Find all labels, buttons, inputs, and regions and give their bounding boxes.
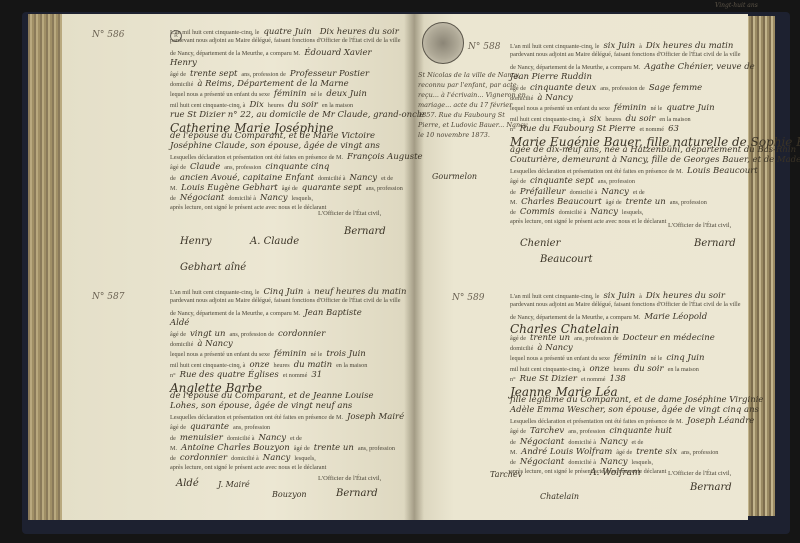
- printed-text: heures: [274, 362, 290, 369]
- printed-text: n°: [510, 376, 516, 383]
- handwritten-entry: neuf heures du matin: [314, 287, 406, 297]
- act-line: Aldé: [170, 319, 193, 328]
- officer-label: L'Officier de l'État civil,: [318, 210, 381, 217]
- act-line: de Nancy, département de la Meurthe, a c…: [510, 313, 711, 322]
- act-line: domiciliéà Nancy: [170, 340, 237, 349]
- printed-text: pardevant nous adjoint au Maire délégué,…: [170, 37, 400, 44]
- printed-text: de Nancy, département de la Meurthe, a c…: [170, 310, 300, 317]
- printed-text: L'an mil huit cent cinquante-cinq, le: [170, 29, 259, 36]
- printed-text: et de: [632, 439, 644, 446]
- handwritten-entry: deux Juin: [326, 89, 367, 99]
- handwritten-entry: à Nancy: [537, 93, 572, 103]
- handwritten-entry: Négociant: [180, 193, 224, 203]
- printed-text: lequel nous a présenté un enfant du sexe: [170, 91, 270, 98]
- handwritten-entry: Antoine Charles Bouzyon: [181, 443, 290, 453]
- act-number: N° 589: [452, 293, 484, 303]
- handwritten-entry: féminin: [274, 349, 307, 359]
- handwritten-entry: cinquante sept: [530, 176, 594, 186]
- handwritten-entry: Cinq Juin: [263, 287, 303, 297]
- act-line: deNégociantdomicilié àNancylesquels,: [510, 458, 657, 467]
- signature: Henry: [180, 236, 212, 247]
- act-line: domiciliéà Nancy: [510, 344, 577, 353]
- handwritten-entry: féminin: [614, 353, 647, 363]
- printed-text: heures: [614, 366, 630, 373]
- act-line: deancien Avoué, capitaine Enfantdomicili…: [170, 174, 397, 183]
- printed-text: mil huit cent cinquante-cinq, à: [170, 102, 245, 109]
- printed-text: à: [639, 293, 642, 300]
- handwritten-entry: quatre Juin: [263, 27, 311, 37]
- printed-text: lesquels,: [292, 195, 313, 202]
- handwritten-entry: Négociant: [520, 457, 564, 467]
- printed-text: Lesquelles déclaration et présentation o…: [510, 168, 683, 175]
- act-line: après lecture, ont signé le présent acte…: [170, 465, 330, 471]
- printed-text: ans, profession: [568, 428, 605, 435]
- printed-text: en la maison: [668, 366, 699, 373]
- handwritten-entry: cordonnier: [180, 453, 227, 463]
- act-line: mil huit cent cinquante-cinq, àonzeheure…: [170, 361, 371, 370]
- printed-text: de: [170, 175, 176, 182]
- handwritten-entry: menuisier: [180, 433, 223, 443]
- printed-text: après lecture, ont signé le présent acte…: [170, 204, 326, 211]
- act-line: deNégociantdomicilié àNancyet de: [510, 438, 647, 447]
- act-line: domiciliéà Reims, Département de la Marn…: [170, 80, 353, 89]
- printed-text: Lesquelles déclaration et présentation o…: [170, 414, 343, 421]
- printed-text: de: [510, 439, 516, 446]
- signature: Bernard: [344, 226, 386, 237]
- printed-text: L'an mil huit cent cinquante-cinq, le: [510, 293, 599, 300]
- handwritten-entry: de l'épouse du Comparant, et de Jeanne L…: [170, 391, 373, 401]
- handwritten-entry: du soir: [634, 364, 664, 374]
- act-line: mil huit cent cinquante-cinq, àsixheures…: [510, 115, 695, 124]
- printed-text: n°: [170, 372, 176, 379]
- handwritten-entry: à Nancy: [537, 343, 572, 353]
- printed-text: L'an mil huit cent cinquante-cinq, le: [170, 289, 259, 296]
- printed-text: de Nancy, département de la Meurthe, a c…: [510, 64, 640, 71]
- printed-text: âgé de: [510, 178, 526, 185]
- handwritten-entry: Dix heures du soir: [646, 291, 725, 301]
- printed-text: domicilié: [510, 95, 533, 102]
- handwritten-entry: Adèle Emma Wescher, son épouse, âgée de …: [510, 405, 759, 415]
- act-line: après lecture, ont signé le présent acte…: [510, 219, 670, 225]
- signature: Gebhart aîné: [180, 262, 246, 273]
- act-line: lequel nous a présenté un enfant du sexe…: [510, 104, 719, 113]
- printed-text: après lecture, ont signé le présent acte…: [510, 468, 666, 475]
- printed-text: ans, profession: [598, 178, 635, 185]
- printed-text: lesquels,: [622, 209, 643, 216]
- act-line: pardevant nous adjoint au Maire délégué,…: [510, 302, 744, 308]
- handwritten-entry: Nancy: [600, 437, 628, 447]
- printed-text: ans, profession de: [230, 331, 275, 338]
- printed-text: en la maison: [336, 362, 367, 369]
- act-line: Lesquelles déclaration et présentation o…: [170, 153, 427, 162]
- act-number: N° 586: [92, 30, 124, 40]
- handwritten-entry: Rue du Faubourg St Pierre: [520, 124, 636, 134]
- act-line: âgé deClaudeans, professioncinquante cin…: [170, 163, 333, 172]
- printed-text: ans, profession: [681, 449, 718, 456]
- handwritten-entry: vingt un: [190, 329, 226, 339]
- handwritten-entry: six Juin: [603, 291, 635, 301]
- printed-text: ans, profession: [366, 185, 403, 192]
- handwritten-entry: trente un: [314, 443, 354, 453]
- printed-text: lequel nous a présenté un enfant du sexe: [510, 105, 610, 112]
- handwritten-entry: Aldé: [170, 318, 189, 328]
- act-line: n°Rue du Faubourg St Pierreet nommé63: [510, 125, 683, 134]
- handwritten-entry: quarante: [190, 422, 229, 432]
- act-line: fille légitime du Comparant, et de dame …: [510, 396, 767, 405]
- act-line: M.Antoine Charles Bouzyonâgé detrente un…: [170, 444, 399, 453]
- handwritten-entry: onze: [249, 360, 269, 370]
- act-line: pardevant nous adjoint au Maire délégué,…: [170, 298, 404, 304]
- act-line: M.André Louis Wolframâgé detrente sixans…: [510, 448, 722, 457]
- printed-text: âgé de: [170, 71, 186, 78]
- act-line: mil huit cent cinquante-cinq, àonzeheure…: [510, 365, 703, 374]
- printed-text: ans, profession: [224, 164, 261, 171]
- handwritten-entry: quatre Juin: [666, 103, 714, 113]
- handwritten-entry: cordonnier: [278, 329, 325, 339]
- act-line: âgé decinquante septans, profession: [510, 177, 639, 186]
- printed-text: à: [307, 289, 310, 296]
- printed-text: domicilié à: [568, 439, 596, 446]
- handwritten-entry: trente un: [626, 197, 666, 207]
- printed-text: M.: [170, 185, 177, 192]
- printed-text: âgé de: [170, 331, 186, 338]
- printed-text: domicilié: [510, 345, 533, 352]
- printed-text: domicilié à: [559, 209, 587, 216]
- printed-text: L'an mil huit cent cinquante-cinq, le: [510, 43, 599, 50]
- printed-text: âgé de: [170, 424, 186, 431]
- handwritten-entry: Commis: [520, 207, 555, 217]
- act-line: âgée de dix-neuf ans, née à Hatzenbühl, …: [510, 146, 800, 155]
- handwritten-entry: Nancy: [263, 453, 291, 463]
- act-line: lequel nous a présenté un enfant du sexe…: [170, 350, 370, 359]
- act-line: âgé devingt unans, profession decordonni…: [170, 330, 329, 339]
- handwritten-entry: Agathe Chénier, veuve de: [644, 62, 754, 72]
- printed-text: M.: [510, 449, 517, 456]
- printed-text: âgé de: [170, 164, 186, 171]
- officer-label: L'Officier de l'État civil,: [668, 470, 731, 477]
- handwritten-entry: François Auguste: [347, 152, 423, 162]
- printed-text: et nommé: [283, 372, 308, 379]
- handwritten-entry: Jean Baptiste: [304, 308, 361, 318]
- printed-text: pardevant nous adjoint au Maire délégué,…: [170, 297, 400, 304]
- handwritten-entry: Négociant: [520, 437, 564, 447]
- printed-text: âgé de: [510, 335, 526, 342]
- handwritten-entry: à Nancy: [197, 339, 232, 349]
- printed-text: ans, profession de: [574, 335, 619, 342]
- printed-text: âgé de: [294, 445, 310, 452]
- handwritten-entry: six Juin: [603, 41, 635, 51]
- act-number: N° 588: [468, 42, 500, 52]
- handwritten-entry: onze: [589, 364, 609, 374]
- printed-text: âgé de: [282, 185, 298, 192]
- handwritten-entry: Nancy: [590, 207, 618, 217]
- handwritten-entry: Louis Beaucourt: [687, 166, 758, 176]
- signature: Aldé: [176, 478, 199, 489]
- handwritten-entry: fille légitime du Comparant, et de dame …: [510, 395, 763, 405]
- handwritten-entry: Charles Beaucourt: [521, 197, 602, 207]
- printed-text: né le: [310, 91, 322, 98]
- act-line: Adèle Emma Wescher, son épouse, âgée de …: [510, 406, 763, 415]
- printed-text: heures: [605, 116, 621, 123]
- act-line: lequel nous a présenté un enfant du sexe…: [170, 90, 371, 99]
- act-line: Lesquelles déclaration et présentation o…: [170, 413, 408, 422]
- handwritten-entry: Docteur en médecine: [623, 333, 715, 343]
- handwritten-entry: cinquante huit: [609, 426, 672, 436]
- handwritten-entry: Nancy: [601, 187, 629, 197]
- printed-text: en la maison: [322, 102, 353, 109]
- handwritten-entry: Nancy: [258, 433, 286, 443]
- handwritten-entry: Louis Eugène Gebhart: [181, 183, 278, 193]
- printed-text: M.: [170, 445, 177, 452]
- printed-text: âgé de: [510, 85, 526, 92]
- printed-text: né le: [650, 355, 662, 362]
- act-number: N° 587: [92, 292, 124, 302]
- handwritten-entry: 31: [311, 370, 322, 380]
- signature: Tarchev: [490, 470, 522, 479]
- printed-text: pardevant nous adjoint au Maire délégué,…: [510, 51, 740, 58]
- printed-text: Lesquelles déclaration et présentation o…: [510, 418, 683, 425]
- handwritten-entry: du matin: [294, 360, 332, 370]
- act-line: L'an mil huit cent cinquante-cinq, lequa…: [170, 28, 403, 37]
- signature: Bernard: [336, 488, 378, 499]
- handwritten-entry: Préfailleur: [520, 187, 566, 197]
- act-line: dePréfailleurdomicilié àNancyet de: [510, 188, 649, 197]
- handwritten-entry: Lohes, son épouse, âgée de vingt neuf an…: [170, 401, 352, 411]
- printed-text: mil huit cent cinquante-cinq, à: [510, 366, 585, 373]
- printed-text: domicilié à: [231, 455, 259, 462]
- signature: Beaucourt: [540, 254, 593, 265]
- printed-text: lesquels,: [632, 459, 653, 466]
- act-line: après lecture, ont signé le présent acte…: [170, 205, 330, 211]
- handwritten-entry: Dix: [249, 100, 263, 110]
- printed-text: lequel nous a présenté un enfant du sexe: [170, 351, 270, 358]
- printed-text: domicilié à: [570, 189, 598, 196]
- act-line: Henry: [170, 59, 201, 68]
- printed-text: ans, profession de: [600, 85, 645, 92]
- margin-signature: Gourmelon: [432, 172, 477, 181]
- printed-text: ans, profession: [670, 199, 707, 206]
- act-line: M.Louis Eugène Gebhartâgé dequarante sep…: [170, 184, 407, 193]
- handwritten-entry: 138: [610, 374, 626, 384]
- signature: Bouzyon: [272, 490, 307, 499]
- printed-text: âgé de: [616, 449, 632, 456]
- printed-text: de Nancy, département de la Meurthe, a c…: [510, 314, 640, 321]
- handwritten-entry: du soir: [625, 114, 655, 124]
- act-line: âgé detrente septans, profession deProfe…: [170, 70, 373, 79]
- printed-text: né le: [650, 105, 662, 112]
- printed-text: Lesquelles déclaration et présentation o…: [170, 154, 343, 161]
- handwritten-entry: Nancy: [600, 457, 628, 467]
- handwritten-entry: du soir: [288, 100, 318, 110]
- act-line: Joséphine Claude, son épouse, âgée de vi…: [170, 142, 384, 151]
- printed-text: pardevant nous adjoint au Maire délégué,…: [510, 301, 740, 308]
- printed-text: de: [510, 209, 516, 216]
- handwritten-entry: Dix heures du soir: [320, 27, 399, 37]
- handwritten-entry: Nancy: [260, 193, 288, 203]
- act-line: de l'épouse du Comparant, et de Jeanne L…: [170, 392, 377, 401]
- tax-stamp-icon: [422, 22, 464, 64]
- act-line: n°Rue des quatre Égliseset nommé31: [170, 371, 326, 380]
- handwritten-entry: trente un: [530, 333, 570, 343]
- act-line: domiciliéà Nancy: [510, 94, 577, 103]
- printed-text: ans, profession: [358, 445, 395, 452]
- officer-label: L'Officier de l'État civil,: [668, 222, 731, 229]
- act-line: n°Rue St Dizieret nommé138: [510, 375, 630, 384]
- handwritten-entry: Joseph Mairé: [347, 412, 404, 422]
- act-line: L'an mil huit cent cinquante-cinq, lesix…: [510, 292, 729, 301]
- top-margin-note: Vingt-huit ans: [715, 2, 758, 9]
- handwritten-entry: féminin: [614, 103, 647, 113]
- handwritten-entry: Marie Léopold: [644, 312, 707, 322]
- printed-text: et de: [633, 189, 645, 196]
- handwritten-entry: André Louis Wolfram: [521, 447, 612, 457]
- act-line: âgé decinquante deuxans, profession deSa…: [510, 84, 706, 93]
- handwritten-entry: cinq Juin: [666, 353, 704, 363]
- printed-text: et nommé: [581, 376, 606, 383]
- handwritten-entry: trente six: [636, 447, 677, 457]
- handwritten-entry: ancien Avoué, capitaine Enfant: [180, 173, 314, 183]
- printed-text: mil huit cent cinquante-cinq, à: [170, 362, 245, 369]
- officer-label: L'Officier de l'État civil,: [318, 475, 381, 482]
- act-line: Couturière, demeurant à Nancy, fille de …: [510, 156, 800, 165]
- printed-text: heures: [268, 102, 284, 109]
- handwritten-entry: trente sept: [190, 69, 237, 79]
- act-line: L'an mil huit cent cinquante-cinq, leCin…: [170, 288, 410, 297]
- printed-text: à: [639, 43, 642, 50]
- act-line: âgé detrente unans, profession deDocteur…: [510, 334, 719, 343]
- act-line: M.Charles Beaucourtâgé detrente unans, p…: [510, 198, 711, 207]
- handwritten-entry: cinquante cinq: [265, 162, 329, 172]
- handwritten-entry: à Reims, Département de la Marne: [197, 79, 348, 89]
- printed-text: âgé de: [510, 428, 526, 435]
- act-line: rue St Dizier n° 22, au domicile de Mr C…: [170, 111, 429, 120]
- handwritten-entry: Henry: [170, 58, 197, 68]
- printed-text: de: [170, 455, 176, 462]
- act-line: Lesquelles déclaration et présentation o…: [510, 167, 762, 176]
- printed-text: et de: [290, 435, 302, 442]
- handwritten-entry: féminin: [274, 89, 307, 99]
- printed-text: domicilié à: [228, 195, 256, 202]
- printed-text: de: [510, 189, 516, 196]
- act-line: Lesquelles déclaration et présentation o…: [510, 417, 758, 426]
- printed-text: ans, profession: [233, 424, 270, 431]
- act-line: âgé dequaranteans, profession: [170, 423, 274, 432]
- act-line: de Nancy, département de la Meurthe, a c…: [170, 309, 366, 318]
- handwritten-entry: Joseph Léandre: [687, 416, 754, 426]
- handwritten-entry: trois Juin: [326, 349, 365, 359]
- act-line: de Nancy, département de la Meurthe, a c…: [510, 63, 759, 72]
- printed-text: en la maison: [659, 116, 690, 123]
- act-line: L'an mil huit cent cinquante-cinq, lesix…: [510, 42, 737, 51]
- act-line: Jean Pierre Ruddin: [510, 73, 596, 82]
- printed-text: de: [170, 435, 176, 442]
- handwritten-entry: Rue St Dizier: [520, 374, 577, 384]
- act-line: de l'épouse du Comparant, et de Marie Vi…: [170, 132, 379, 141]
- signature: Chenier: [520, 238, 560, 249]
- act-line: deCommisdomicilié àNancylesquels,: [510, 208, 647, 217]
- printed-text: domicilié: [170, 81, 193, 88]
- signature: J. Mairé: [218, 480, 250, 489]
- act-line: mil huit cent cinquante-cinq, àDixheures…: [170, 101, 357, 110]
- signature: Chatelain: [540, 492, 579, 501]
- handwritten-entry: Joséphine Claude, son épouse, âgée de vi…: [170, 141, 380, 151]
- signature: A. Wolfram: [590, 468, 641, 478]
- printed-text: lesquels,: [294, 455, 315, 462]
- printed-text: M.: [510, 199, 517, 206]
- handwritten-entry: Rue des quatre Églises: [180, 370, 279, 380]
- handwritten-entry: Professeur Postier: [290, 69, 369, 79]
- act-line: âgé deTarchevans, professioncinquante hu…: [510, 427, 676, 436]
- handwritten-entry: rue St Dizier n° 22, au domicile de Mr C…: [170, 110, 425, 120]
- printed-text: mil huit cent cinquante-cinq, à: [510, 116, 585, 123]
- handwritten-entry: Couturière, demeurant à Nancy, fille de …: [510, 155, 800, 165]
- handwritten-entry: Édouard Xavier: [304, 48, 371, 58]
- handwritten-entry: six: [589, 114, 601, 124]
- printed-text: de: [170, 195, 176, 202]
- printed-text: domicilié: [170, 341, 193, 348]
- handwritten-entry: cinquante deux: [530, 83, 596, 93]
- act-line: pardevant nous adjoint au Maire délégué,…: [170, 38, 404, 44]
- printed-text: et nommé: [639, 126, 664, 133]
- printed-text: de Nancy, département de la Meurthe, a c…: [170, 50, 300, 57]
- handwritten-entry: de l'épouse du Comparant, et de Marie Vi…: [170, 131, 375, 141]
- printed-text: ans, profession de: [241, 71, 286, 78]
- act-line: lequel nous a présenté un enfant du sexe…: [510, 354, 708, 363]
- signature: Bernard: [690, 482, 732, 493]
- act-line: Lohes, son épouse, âgée de vingt neuf an…: [170, 402, 356, 411]
- handwritten-entry: Jean Pierre Ruddin: [510, 72, 592, 82]
- act-line: pardevant nous adjoint au Maire délégué,…: [510, 52, 744, 58]
- printed-text: domicilié à: [227, 435, 255, 442]
- handwritten-entry: Claude: [190, 162, 220, 172]
- signature: A. Claude: [250, 236, 299, 247]
- printed-text: domicilié à: [318, 175, 346, 182]
- handwritten-entry: quarante sept: [302, 183, 362, 193]
- printed-text: né le: [310, 351, 322, 358]
- printed-text: lequel nous a présenté un enfant du sexe: [510, 355, 610, 362]
- printed-text: après lecture, ont signé le présent acte…: [510, 218, 666, 225]
- handwritten-entry: Tarchev: [530, 426, 564, 436]
- page-edges-right: [745, 16, 775, 516]
- handwritten-entry: Nancy: [350, 173, 378, 183]
- act-line: decordonnierdomicilié àNancylesquels,: [170, 454, 320, 463]
- act-line: demenuisierdomicilié àNancyet de: [170, 434, 306, 443]
- printed-text: et de: [381, 175, 393, 182]
- act-line: de Nancy, département de la Meurthe, a c…: [170, 49, 376, 58]
- handwritten-entry: Dix heures du matin: [646, 41, 734, 51]
- printed-text: après lecture, ont signé le présent acte…: [170, 464, 326, 471]
- page-edges-left: [28, 14, 64, 520]
- act-line: deNégociantdomicilié àNancylesquels,: [170, 194, 317, 203]
- handwritten-entry: Sage femme: [649, 83, 702, 93]
- handwritten-entry: âgée de dix-neuf ans, née à Hatzenbühl, …: [510, 145, 796, 155]
- printed-text: âgé de: [606, 199, 622, 206]
- signature: Bernard: [694, 238, 736, 249]
- handwritten-entry: 63: [668, 124, 679, 134]
- printed-text: de: [510, 459, 516, 466]
- printed-text: n°: [510, 126, 516, 133]
- printed-text: domicilié à: [568, 459, 596, 466]
